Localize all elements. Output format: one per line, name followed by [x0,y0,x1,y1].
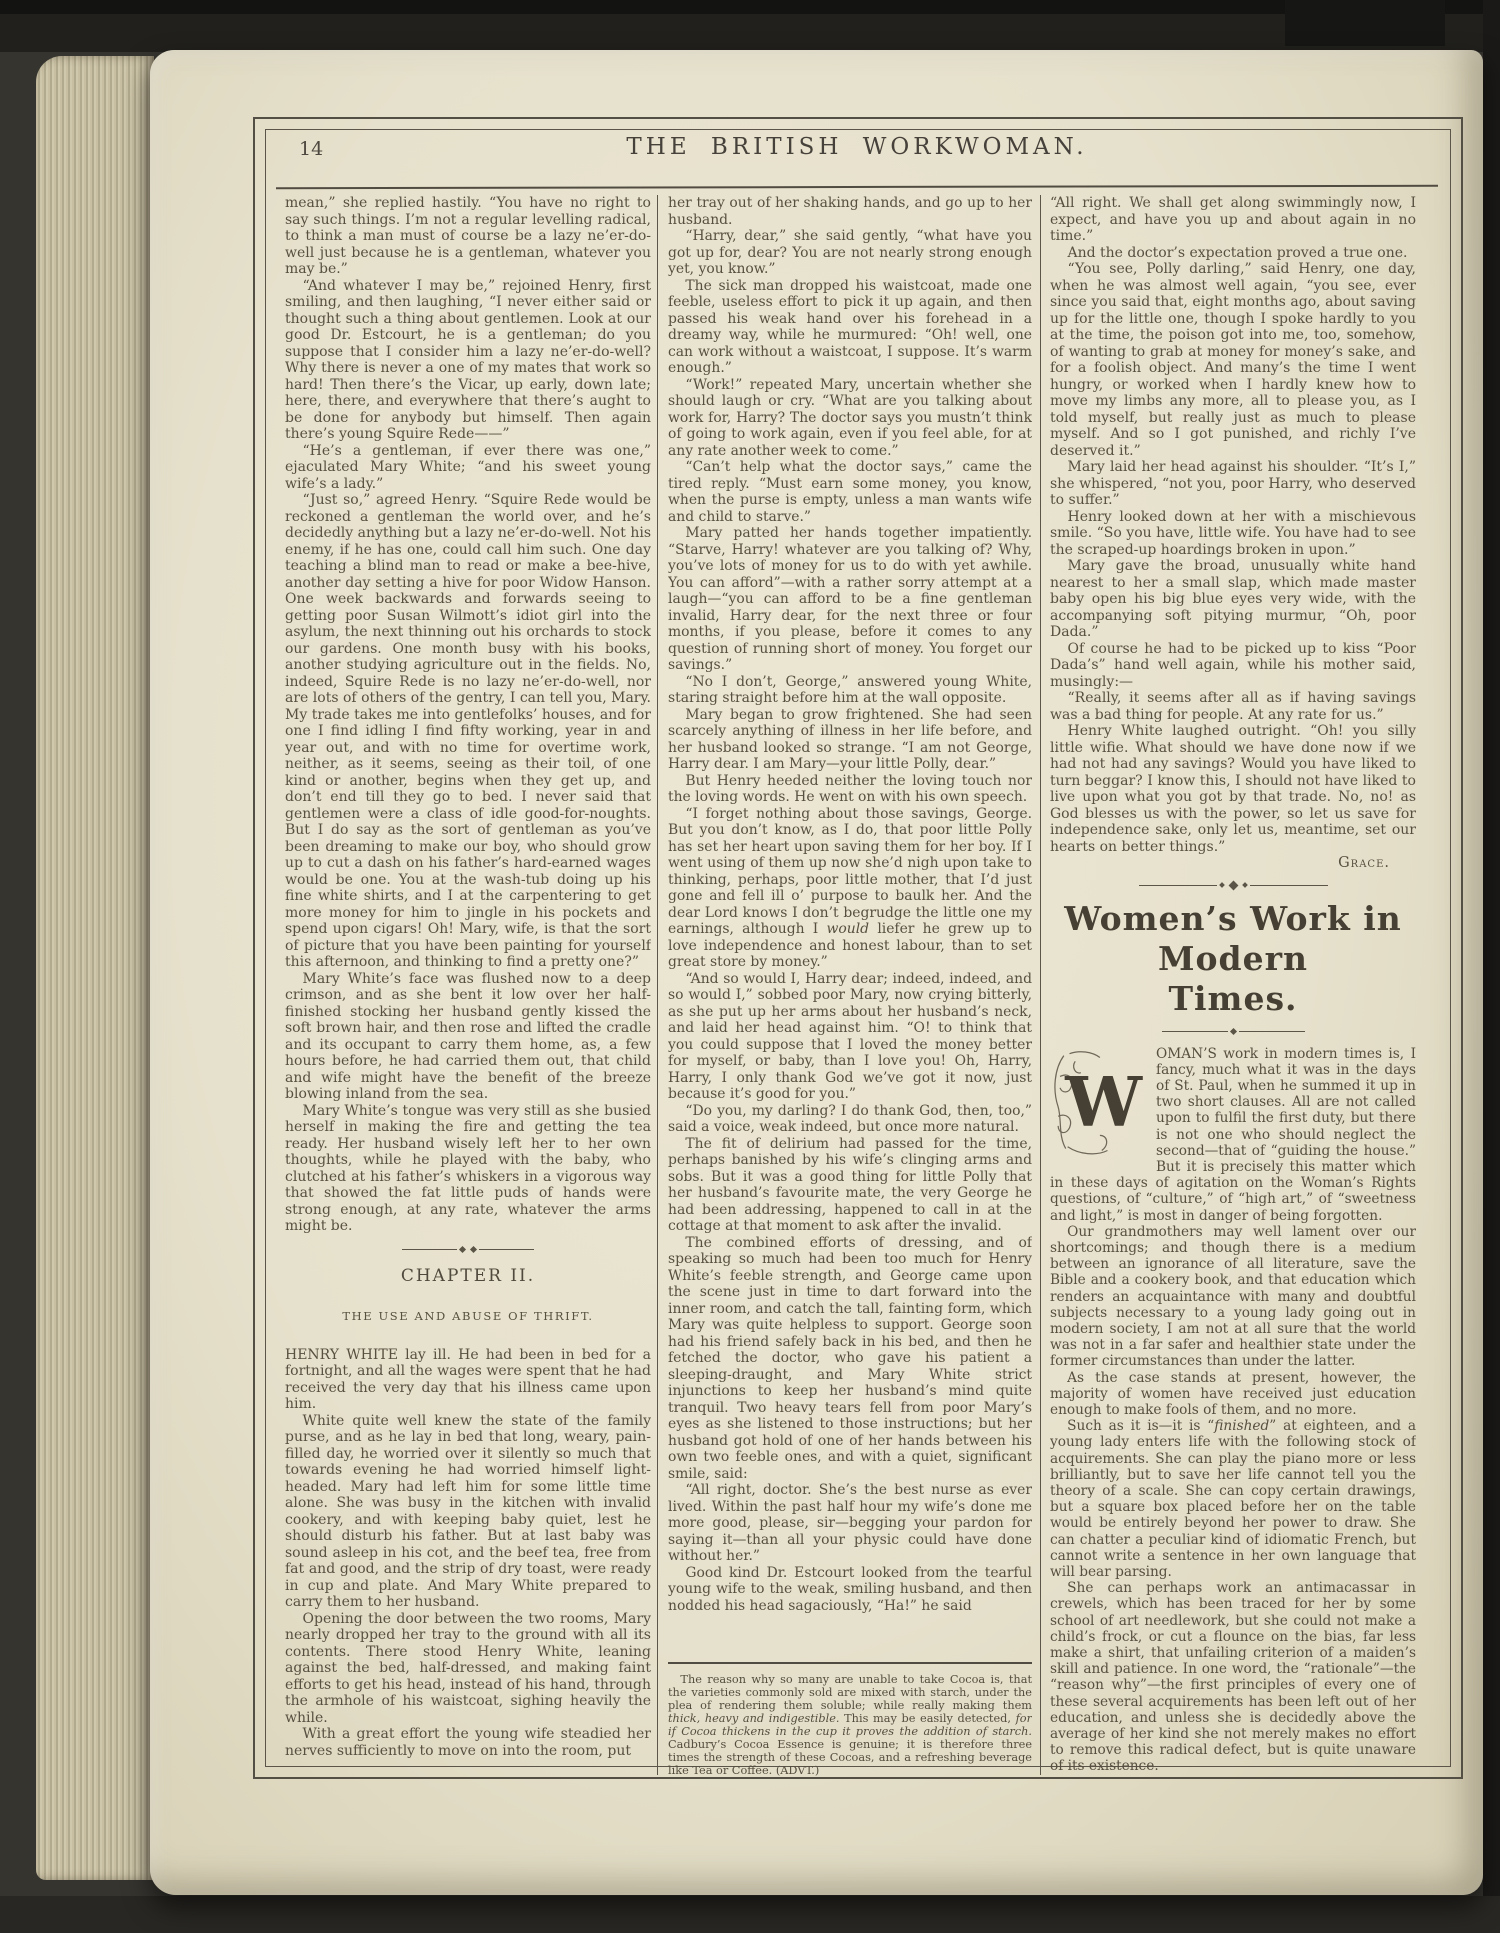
scanned-book-photo: 14 THE BRITISH WORKWOMAN. mean,” she rep… [0,0,1500,1933]
paragraph: Mary patted her hands together impatient… [668,525,1032,674]
column-divider-rule-1 [657,195,658,1775]
article-title: Women’s Work in Modern Times. [1050,899,1416,1019]
cocoa-advert: The reason why so many are unable to tak… [668,1662,1032,1777]
chapter-heading: CHAPTER II. [285,1268,651,1285]
paragraph: Mary began to grow frightened. She had s… [668,707,1032,773]
divider-ornament [393,1247,543,1252]
scan-background-bottom [0,1896,1500,1933]
masthead-title: THE BRITISH WORKWOMAN. [626,134,1087,160]
drop-cap-letter: W [1064,1062,1143,1142]
paragraph: Mary laid her head against his shoulder.… [1050,459,1416,509]
paragraph: Henry looked down at her with a mischiev… [1050,509,1416,559]
paragraph: “And whatever I may be,” rejoined Henry,… [285,278,651,443]
column-divider-rule-2 [1040,195,1041,1775]
scan-background-right [1483,0,1500,1933]
paragraph: Such as it is—it is “finished” at eighte… [1050,1418,1416,1580]
page-header: 14 THE BRITISH WORKWOMAN. [253,134,1461,160]
drop-cap-foliage-engraving: W [1050,1048,1146,1160]
story-text-block: her tray out of her shaking hands, and g… [668,195,1032,1614]
divider-ornament [1113,882,1353,889]
paragraph: She can perhaps work an antimacassar in … [1050,1580,1416,1774]
paragraph: Good kind Dr. Estcourt looked from the t… [668,1565,1032,1615]
magazine-page: 14 THE BRITISH WORKWOMAN. mean,” she rep… [150,50,1483,1895]
paragraph: “And so would I, Harry dear; indeed, ind… [668,971,1032,1103]
paragraph: The fit of delirium had passed for the t… [668,1136,1032,1235]
paragraph: “Work!” repeated Mary, uncertain whether… [668,377,1032,460]
paragraph: “Do you, my darling? I do thank God, the… [668,1103,1032,1136]
paragraph: Henry White laughed outright. “Oh! you s… [1050,723,1416,855]
paragraph: “All right. We shall get along swimmingl… [1050,195,1416,245]
paragraph: HENRY WHITE lay ill. He had been in bed … [285,1347,651,1413]
paragraph: “Really, it seems after all as if having… [1050,690,1416,723]
paragraph: “Harry, dear,” she said gently, “what ha… [668,228,1032,278]
divider-ornament [1153,1029,1313,1034]
paragraph: mean,” she replied hastily. “You have no… [285,195,651,278]
paragraph: her tray out of her shaking hands, and g… [668,195,1032,228]
paragraph: Mary White’s face was flushed now to a d… [285,971,651,1103]
paragraph: “I forget nothing about those savings, G… [668,806,1032,971]
paragraph: “All right, doctor. She’s the best nurse… [668,1482,1032,1565]
story-column-1: mean,” she replied hastily. “You have no… [285,195,651,1775]
scan-background-top-right [1285,0,1445,46]
paragraph: The combined efforts of dressing, and of… [668,1235,1032,1483]
paragraph: Opening the door between the two rooms, … [285,1611,651,1727]
paragraph: And the doctor’s expectation proved a tr… [1050,245,1416,262]
paragraph: Mary White’s tongue was very still as sh… [285,1103,651,1235]
article-body: W OMAN’S work in modern times is, I fanc… [1050,1046,1416,1775]
story-text-block: “All right. We shall get along swimmingl… [1050,195,1416,855]
paragraph: Mary gave the broad, unusually white han… [1050,558,1416,641]
ornate-drop-cap: W [1050,1048,1146,1160]
advert-text: The reason why so many are unable to tak… [668,1673,1032,1777]
story-text-block: mean,” she replied hastily. “You have no… [285,195,651,1235]
story-column-3: “All right. We shall get along swimmingl… [1050,195,1416,1775]
paragraph: As the case stands at present, however, … [1050,1370,1416,1419]
paragraph: “Can’t help what the doctor says,” came … [668,459,1032,525]
paragraph: “He’s a gentleman, if ever there was one… [285,443,651,493]
paragraph: White quite well knew the state of the f… [285,1413,651,1611]
paragraph: Of course he had to be picked up to kiss… [1050,641,1416,691]
paragraph: But Henry heeded neither the loving touc… [668,773,1032,806]
paragraph: The reason why so many are unable to tak… [668,1673,1032,1777]
paragraph: The sick man dropped his waistcoat, made… [668,278,1032,377]
story-text-block: HENRY WHITE lay ill. He had been in bed … [285,1347,651,1760]
paragraph: “No I don’t, George,” answered young Whi… [668,674,1032,707]
page-number: 14 [299,138,323,160]
chapter-subheading: THE USE AND ABUSE OF THRIFT. [285,1308,651,1325]
author-signature: Grace. [1050,855,1416,872]
scan-background-top-strip [0,0,1500,14]
article-title-line1: Women’s Work in Modern [1064,899,1402,978]
story-column-2: her tray out of her shaking hands, and g… [668,195,1032,1663]
paragraph: Our grandmothers may well lament over ou… [1050,1224,1416,1370]
article-title-line2: Times. [1168,979,1297,1018]
paragraph: “Just so,” agreed Henry. “Squire Rede wo… [285,492,651,971]
book-page-edges [36,56,154,1880]
paragraph: “You see, Polly darling,” said Henry, on… [1050,261,1416,459]
paragraph: With a great effort the young wife stead… [285,1726,651,1759]
